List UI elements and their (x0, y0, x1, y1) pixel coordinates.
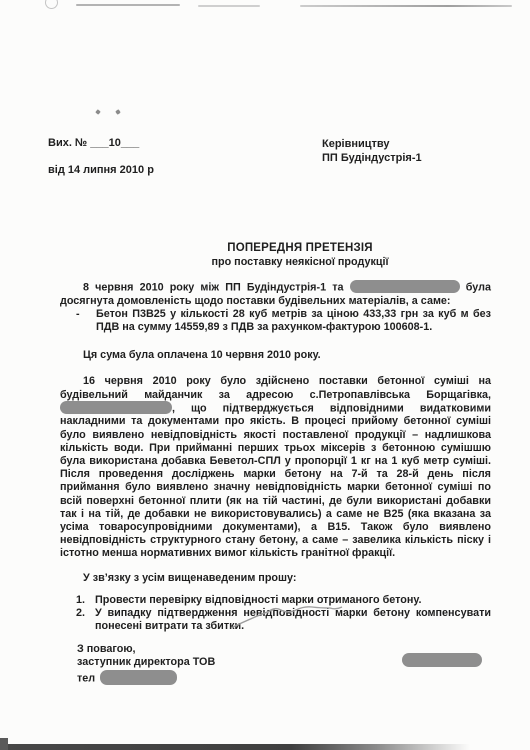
paragraph-delivery-text: 16 червня 2010 року було здійснено поста… (60, 375, 491, 400)
redaction-address (60, 401, 172, 414)
letter-title-block: ПОПЕРЕДНЯ ПРЕТЕНЗІЯ про поставку неякісн… (70, 242, 530, 268)
paragraph-payment: Ця сума була оплачена 10 червня 2010 рок… (60, 349, 491, 362)
scan-streak (198, 5, 260, 7)
bullet-item-concrete: - Бетон П3В25 у кількості 28 куб метрів … (60, 308, 491, 334)
letter-header-left: Вих. № ___10___ від 14 липня 2010 р (48, 137, 154, 176)
scan-bottom-edge (0, 744, 470, 750)
list-item: 1. Провести перевірку відповідності марк… (76, 594, 491, 607)
scanned-letter-page: Вих. № ___10___ від 14 липня 2010 р Кері… (0, 0, 530, 750)
recipient-line: Керівництву (322, 137, 422, 151)
list-item-text: У випадку підтвердження невідповідності … (95, 607, 491, 633)
demand-list: 1. Провести перевірку відповідності марк… (76, 594, 491, 634)
outgoing-number: Вих. № ___10___ (48, 137, 154, 149)
paragraph-agreement: 8 червня 2010 року між ПП Будіндустрія-1… (60, 281, 491, 308)
redaction-phone-number (100, 670, 177, 685)
list-item-number: 2. (76, 607, 95, 633)
letter-subtitle: про поставку неякісної продукції (70, 256, 530, 268)
list-item: 2. У випадку підтвердження невідповіднос… (76, 607, 491, 633)
recipient-company: ПП Будіндустрія-1 (322, 151, 422, 165)
scan-streak (300, 5, 512, 7)
list-item-text: Провести перевірку відповідності марки о… (95, 594, 491, 607)
letter-body: 8 червня 2010 року між ПП Будіндустрія-1… (60, 281, 491, 686)
scribbled-words-wrap: невідповідності марки (243, 607, 367, 619)
phone-line: тел (77, 671, 491, 686)
letter-title: ПОПЕРЕДНЯ ПРЕТЕНЗІЯ (70, 242, 530, 254)
paragraph-delivery-text: , що підтверджується відповідними видатк… (60, 402, 491, 559)
redaction-counterparty (350, 280, 460, 293)
scribbled-words: невідповідності марки (243, 607, 367, 619)
closing-block: З повагою, заступник директора ТОВ тел (77, 643, 491, 686)
paragraph-agreement-text: 8 червня 2010 року між ПП Будіндустрія-1… (83, 281, 344, 293)
redaction-signature-name (402, 653, 482, 667)
bullet-dash: - (60, 308, 96, 334)
scan-bottom-corner (0, 738, 8, 750)
scan-speck (95, 109, 101, 115)
scan-streak (76, 4, 180, 6)
scan-smudge (45, 0, 58, 9)
phone-label: тел (77, 673, 95, 685)
bullet-text: Бетон П3В25 у кількості 28 куб метрів за… (96, 308, 491, 334)
letter-date: від 14 липня 2010 р (48, 164, 154, 176)
list-item-text: У випадку підтвердження (95, 607, 243, 619)
list-item-number: 1. (76, 594, 95, 607)
letter-recipient: Керівництву ПП Будіндустрія-1 (322, 137, 422, 165)
scan-speck (115, 109, 121, 115)
paragraph-delivery: 16 червня 2010 року було здійснено поста… (60, 375, 491, 560)
request-intro: У зв’язку з усім вищенаведеним прошу: (60, 572, 491, 585)
